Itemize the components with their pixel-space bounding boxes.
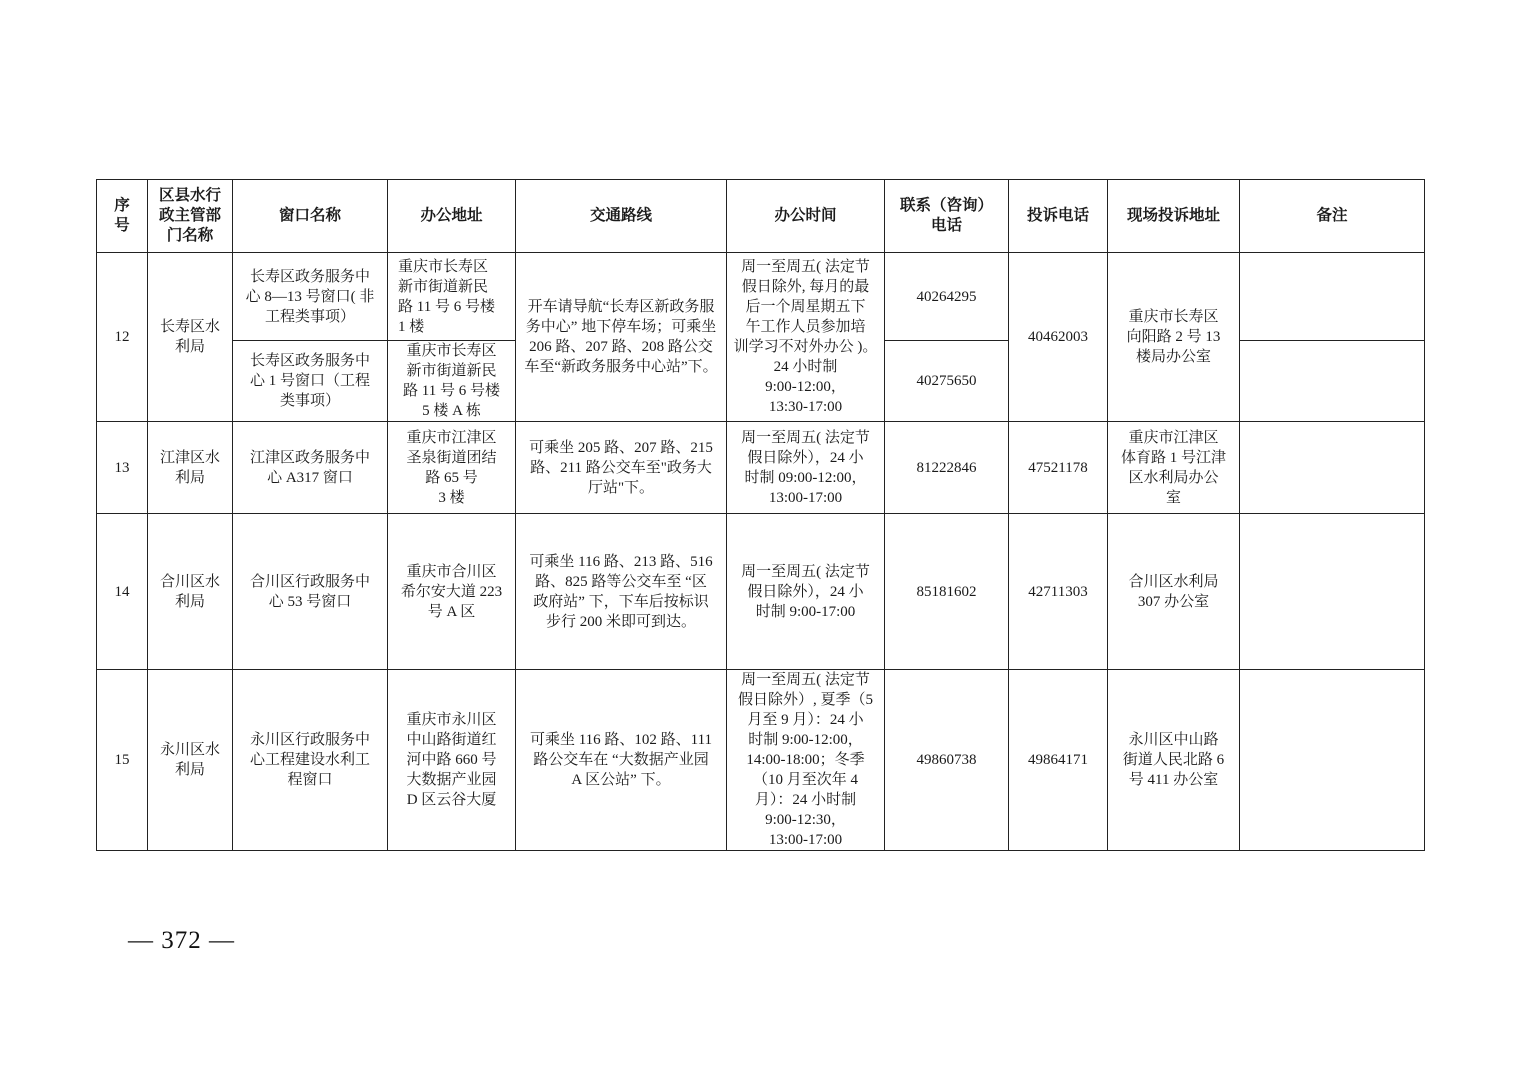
cell-remarks: [1240, 422, 1425, 514]
cell-hours: 周一至周五( 法定节 假日除外）, 夏季（5 月至 9 月）：24 小 时制 9…: [727, 670, 885, 851]
cell-index: 15: [97, 670, 148, 851]
header-complaint-address: 现场投诉地址: [1108, 180, 1240, 253]
cell-hours: 周一至周五( 法定节 假日除外），24 小 时制 9:00-17:00: [727, 514, 885, 670]
cell-transport: 可乘坐 116 路、102 路、111 路公交车在 “大数据产业园 A 区公站”…: [516, 670, 727, 851]
cell-department: 永川区水 利局: [148, 670, 233, 851]
cell-address: 重庆市合川区 希尔安大道 223 号 A 区: [388, 514, 516, 670]
cell-complaint-phone: 42711303: [1009, 514, 1108, 670]
cell-window: 长寿区政务服务中 心 1 号窗口（工程 类事项）: [233, 341, 388, 422]
cell-remarks: [1240, 253, 1425, 341]
document-page: 序 号 区县水行 政主管部 门名称 窗口名称 办公地址 交通路线 办公时间 联系…: [0, 0, 1520, 1074]
cell-transport: 开车请导航“长寿区新政务服 务中心” 地下停车场；可乘坐 206 路、207 路…: [516, 253, 727, 422]
cell-department: 合川区水 利局: [148, 514, 233, 670]
header-transport: 交通路线: [516, 180, 727, 253]
cell-contact-phone: 85181602: [885, 514, 1009, 670]
table-row: 15 永川区水 利局 永川区行政服务中 心工程建设水利工 程窗口 重庆市永川区 …: [97, 670, 1425, 851]
cell-remarks: [1240, 341, 1425, 422]
table-row: 14 合川区水 利局 合川区行政服务中 心 53 号窗口 重庆市合川区 希尔安大…: [97, 514, 1425, 670]
cell-transport: 可乘坐 116 路、213 路、516 路、825 路等公交车至 “区 政府站”…: [516, 514, 727, 670]
cell-address: 重庆市江津区 圣泉街道团结 路 65 号 3 楼: [388, 422, 516, 514]
header-hours: 办公时间: [727, 180, 885, 253]
cell-contact-phone: 49860738: [885, 670, 1009, 851]
cell-complaint-phone: 49864171: [1009, 670, 1108, 851]
cell-contact-phone: 40264295: [885, 253, 1009, 341]
cell-complaint-address: 重庆市江津区 体育路 1 号江津 区水利局办公 室: [1108, 422, 1240, 514]
cell-hours: 周一至周五( 法定节 假日除外, 每月的最 后一个周星期五下 午工作人员参加培 …: [727, 253, 885, 422]
cell-window: 长寿区政务服务中 心 8—13 号窗口( 非 工程类事项）: [233, 253, 388, 341]
cell-contact-phone: 40275650: [885, 341, 1009, 422]
cell-department: 江津区水 利局: [148, 422, 233, 514]
cell-hours: 周一至周五( 法定节 假日除外），24 小 时制 09:00-12:00， 13…: [727, 422, 885, 514]
water-admin-service-windows-table: 序 号 区县水行 政主管部 门名称 窗口名称 办公地址 交通路线 办公时间 联系…: [96, 179, 1425, 851]
cell-window: 合川区行政服务中 心 53 号窗口: [233, 514, 388, 670]
cell-complaint-address: 合川区水利局 307 办公室: [1108, 514, 1240, 670]
cell-complaint-phone: 47521178: [1009, 422, 1108, 514]
page-number: — 372 —: [128, 924, 235, 958]
header-window: 窗口名称: [233, 180, 388, 253]
cell-complaint-address: 永川区中山路 街道人民北路 6 号 411 办公室: [1108, 670, 1240, 851]
header-department: 区县水行 政主管部 门名称: [148, 180, 233, 253]
cell-transport: 可乘坐 205 路、207 路、215 路、211 路公交车至"政务大 厅站"下…: [516, 422, 727, 514]
table-row: 12 长寿区水 利局 长寿区政务服务中 心 8—13 号窗口( 非 工程类事项）…: [97, 253, 1425, 341]
table-row: 13 江津区水 利局 江津区政务服务中 心 A317 窗口 重庆市江津区 圣泉街…: [97, 422, 1425, 514]
cell-department: 长寿区水 利局: [148, 253, 233, 422]
cell-contact-phone: 81222846: [885, 422, 1009, 514]
table-header-row: 序 号 区县水行 政主管部 门名称 窗口名称 办公地址 交通路线 办公时间 联系…: [97, 180, 1425, 253]
cell-address: 重庆市永川区 中山路街道红 河中路 660 号 大数据产业园 D 区云谷大厦: [388, 670, 516, 851]
header-address: 办公地址: [388, 180, 516, 253]
cell-address: 重庆市长寿区 新市街道新民 路 11 号 6 号楼 5 楼 A 栋: [388, 341, 516, 422]
header-complaint-phone: 投诉电话: [1009, 180, 1108, 253]
cell-remarks: [1240, 670, 1425, 851]
cell-window: 永川区行政服务中 心工程建设水利工 程窗口: [233, 670, 388, 851]
cell-index: 12: [97, 253, 148, 422]
cell-index: 13: [97, 422, 148, 514]
cell-complaint-address: 重庆市长寿区 向阳路 2 号 13 楼局办公室: [1108, 253, 1240, 422]
cell-remarks: [1240, 514, 1425, 670]
header-index: 序 号: [97, 180, 148, 253]
cell-window: 江津区政务服务中 心 A317 窗口: [233, 422, 388, 514]
header-contact-phone: 联系（咨询） 电话: [885, 180, 1009, 253]
header-remarks: 备注: [1240, 180, 1425, 253]
cell-address: 重庆市长寿区 新市街道新民 路 11 号 6 号楼 1 楼: [388, 253, 516, 341]
cell-index: 14: [97, 514, 148, 670]
cell-complaint-phone: 40462003: [1009, 253, 1108, 422]
